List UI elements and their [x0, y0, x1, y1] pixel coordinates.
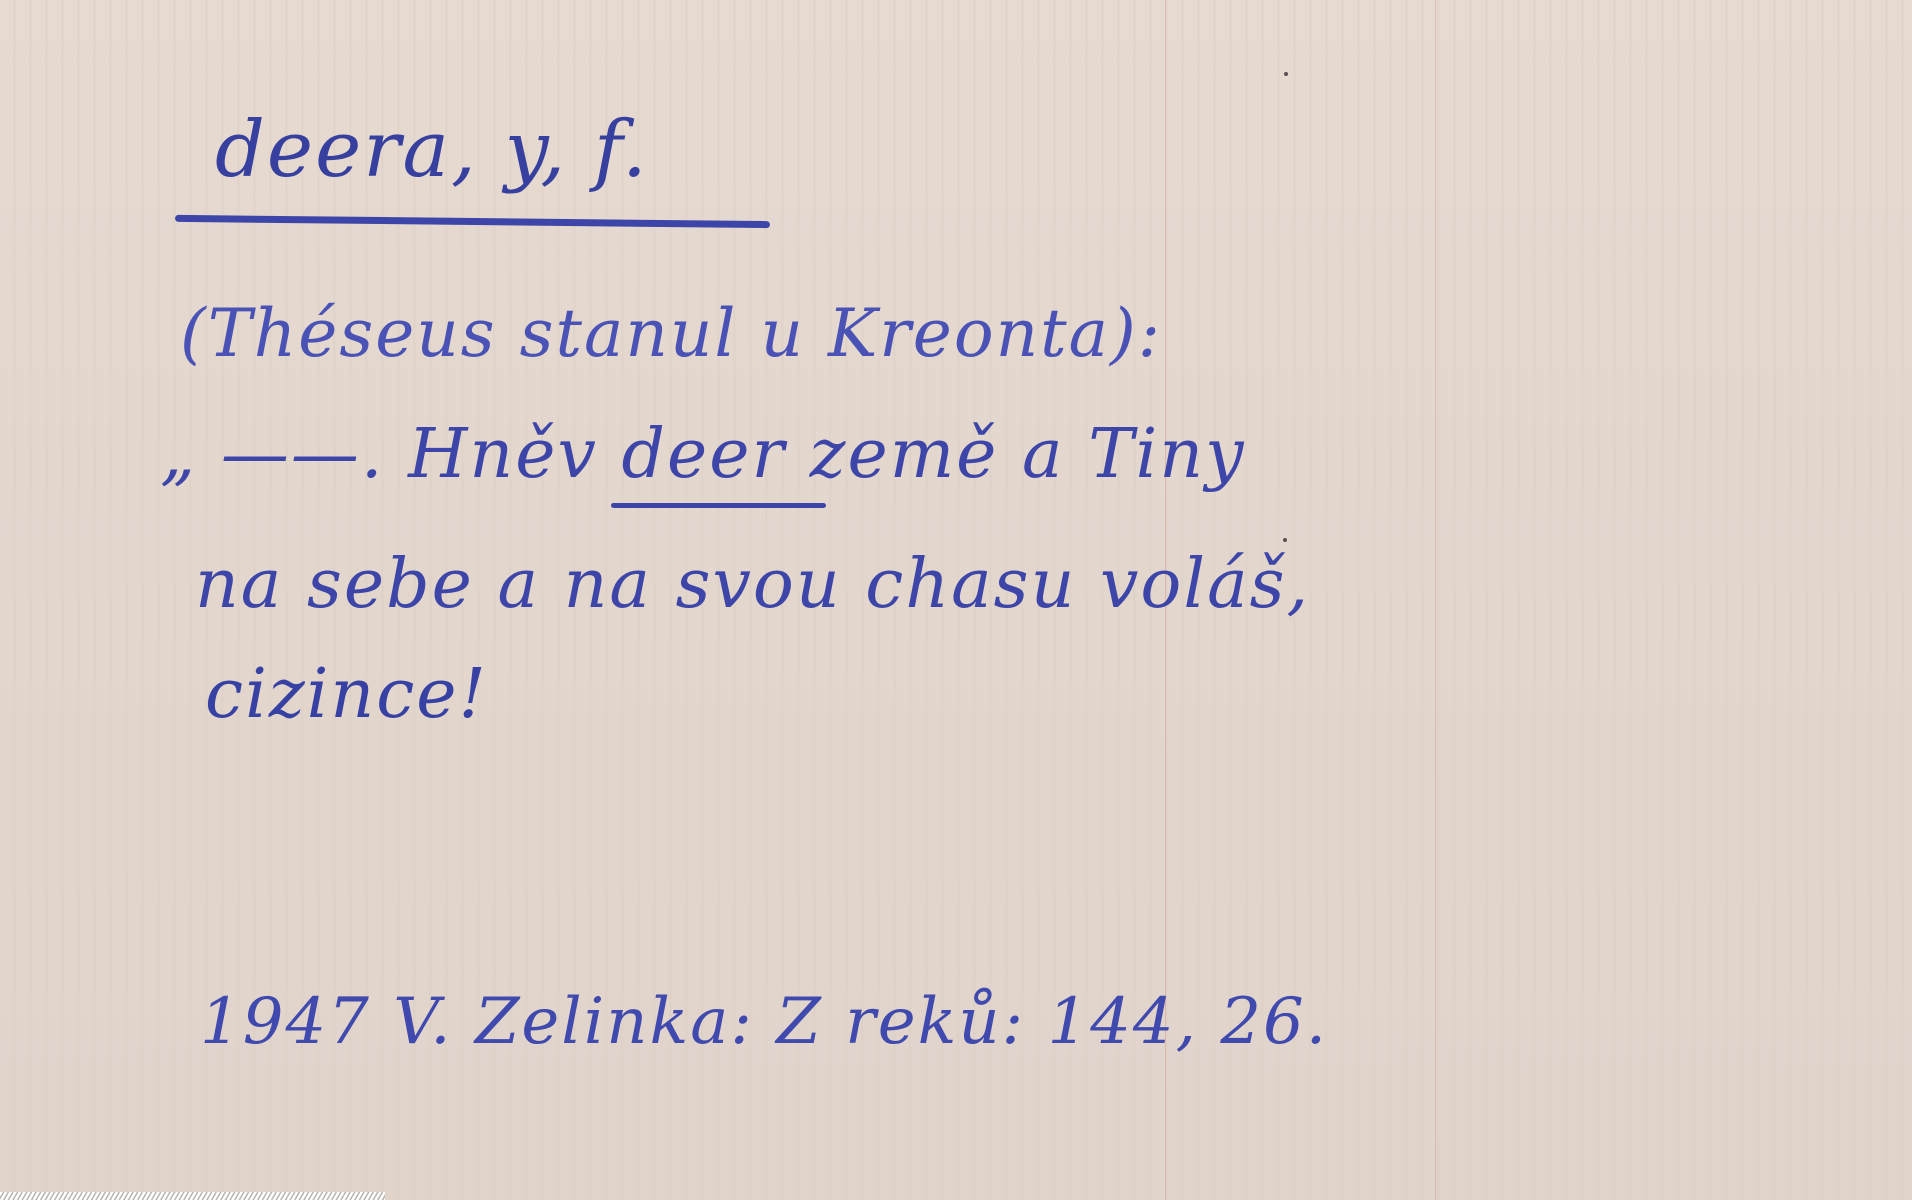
paper-speck [1283, 538, 1287, 542]
paper-rule-line [1435, 0, 1436, 1200]
scan-edge-strip [0, 1192, 385, 1200]
quote-line-2: na sebe a na svou chasu voláš, [195, 545, 1310, 624]
quote-text: země a Tiny [786, 415, 1246, 494]
paper-speck [1284, 72, 1288, 76]
quote-line-3: cizince! [205, 655, 488, 734]
quote-line-1: „ ——. Hněv deer země a Tiny [160, 415, 1246, 494]
source-citation: 1947 V. Zelinka: Z reků: 144, 26. [200, 985, 1328, 1059]
quote-text: Hněv [408, 415, 621, 494]
context-note: (Théseus stanul u Kreonta): [180, 295, 1162, 372]
quote-keyword: deer [621, 415, 786, 494]
quote-ellipsis-dash: ——. [221, 415, 385, 494]
quote-open-mark: „ [160, 415, 197, 494]
headword: deera, y, f. [215, 105, 649, 195]
index-card: deera, y, f. (Théseus stanul u Kreonta):… [0, 0, 1912, 1200]
headword-underline [175, 215, 770, 228]
